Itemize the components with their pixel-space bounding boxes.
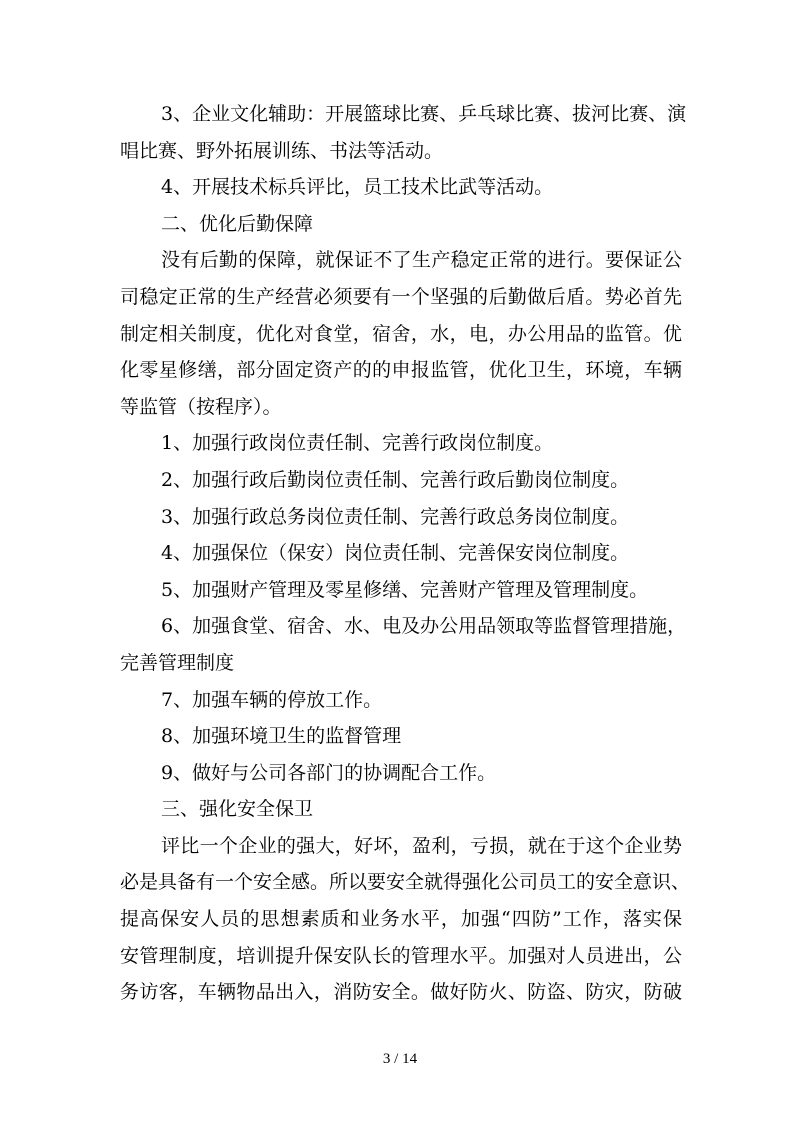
text-line: 制定相关制度，优化对食堂，宿舍，水，电，办公用品的监管。优	[120, 316, 682, 353]
text-line: 4、开展技术标兵评比，员工技术比武等活动。	[120, 169, 682, 206]
text-line: 4、加强保位（保安）岗位责任制、完善保安岗位制度。	[120, 535, 682, 572]
text-line: 必是具备有一个安全感。所以要安全就得强化公司员工的安全意识、	[120, 864, 682, 901]
text-line: 完善管理制度	[120, 645, 682, 682]
text-line: 唱比赛、野外拓展训练、书法等活动。	[120, 133, 682, 170]
text-line: 二、优化后勤保障	[120, 206, 682, 243]
text-line: 9、做好与公司各部门的协调配合工作。	[120, 755, 682, 792]
text-line: 等监管（按程序）。	[120, 389, 682, 426]
text-line: 8、加强环境卫生的监督管理	[120, 718, 682, 755]
text-line: 评比一个企业的强大，好坏，盈利，亏损，就在于这个企业势	[120, 828, 682, 865]
document-body: 3、企业文化辅助：开展篮球比赛、乒乓球比赛、拔河比赛、演唱比赛、野外拓展训练、书…	[120, 96, 682, 1011]
text-line: 3、加强行政总务岗位责任制、完善行政总务岗位制度。	[120, 499, 682, 536]
text-line: 没有后勤的保障，就保证不了生产稳定正常的进行。要保证公	[120, 242, 682, 279]
text-line: 6、加强食堂、宿舍、水、电及办公用品领取等监督管理措施，	[120, 608, 682, 645]
text-line: 安管理制度，培训提升保安队长的管理水平。加强对人员进出，公	[120, 938, 682, 975]
text-line: 提高保安人员的思想素质和业务水平，加强“四防”工作，落实保	[120, 901, 682, 938]
text-line: 化零星修缮，部分固定资产的的申报监管，优化卫生，环境，车辆	[120, 352, 682, 389]
text-line: 2、加强行政后勤岗位责任制、完善行政后勤岗位制度。	[120, 462, 682, 499]
page-number: 3 / 14	[0, 1051, 800, 1068]
text-line: 三、强化安全保卫	[120, 791, 682, 828]
text-line: 司稳定正常的生产经营必须要有一个坚强的后勤做后盾。势必首先	[120, 279, 682, 316]
text-line: 5、加强财产管理及零星修缮、完善财产管理及管理制度。	[120, 572, 682, 609]
text-line: 务访客，车辆物品出入，消防安全。做好防火、防盗、防灾，防破	[120, 974, 682, 1011]
text-line: 7、加强车辆的停放工作。	[120, 682, 682, 719]
document-page: 3、企业文化辅助：开展篮球比赛、乒乓球比赛、拔河比赛、演唱比赛、野外拓展训练、书…	[0, 0, 800, 1132]
text-line: 1、加强行政岗位责任制、完善行政岗位制度。	[120, 425, 682, 462]
text-line: 3、企业文化辅助：开展篮球比赛、乒乓球比赛、拔河比赛、演	[120, 96, 682, 133]
